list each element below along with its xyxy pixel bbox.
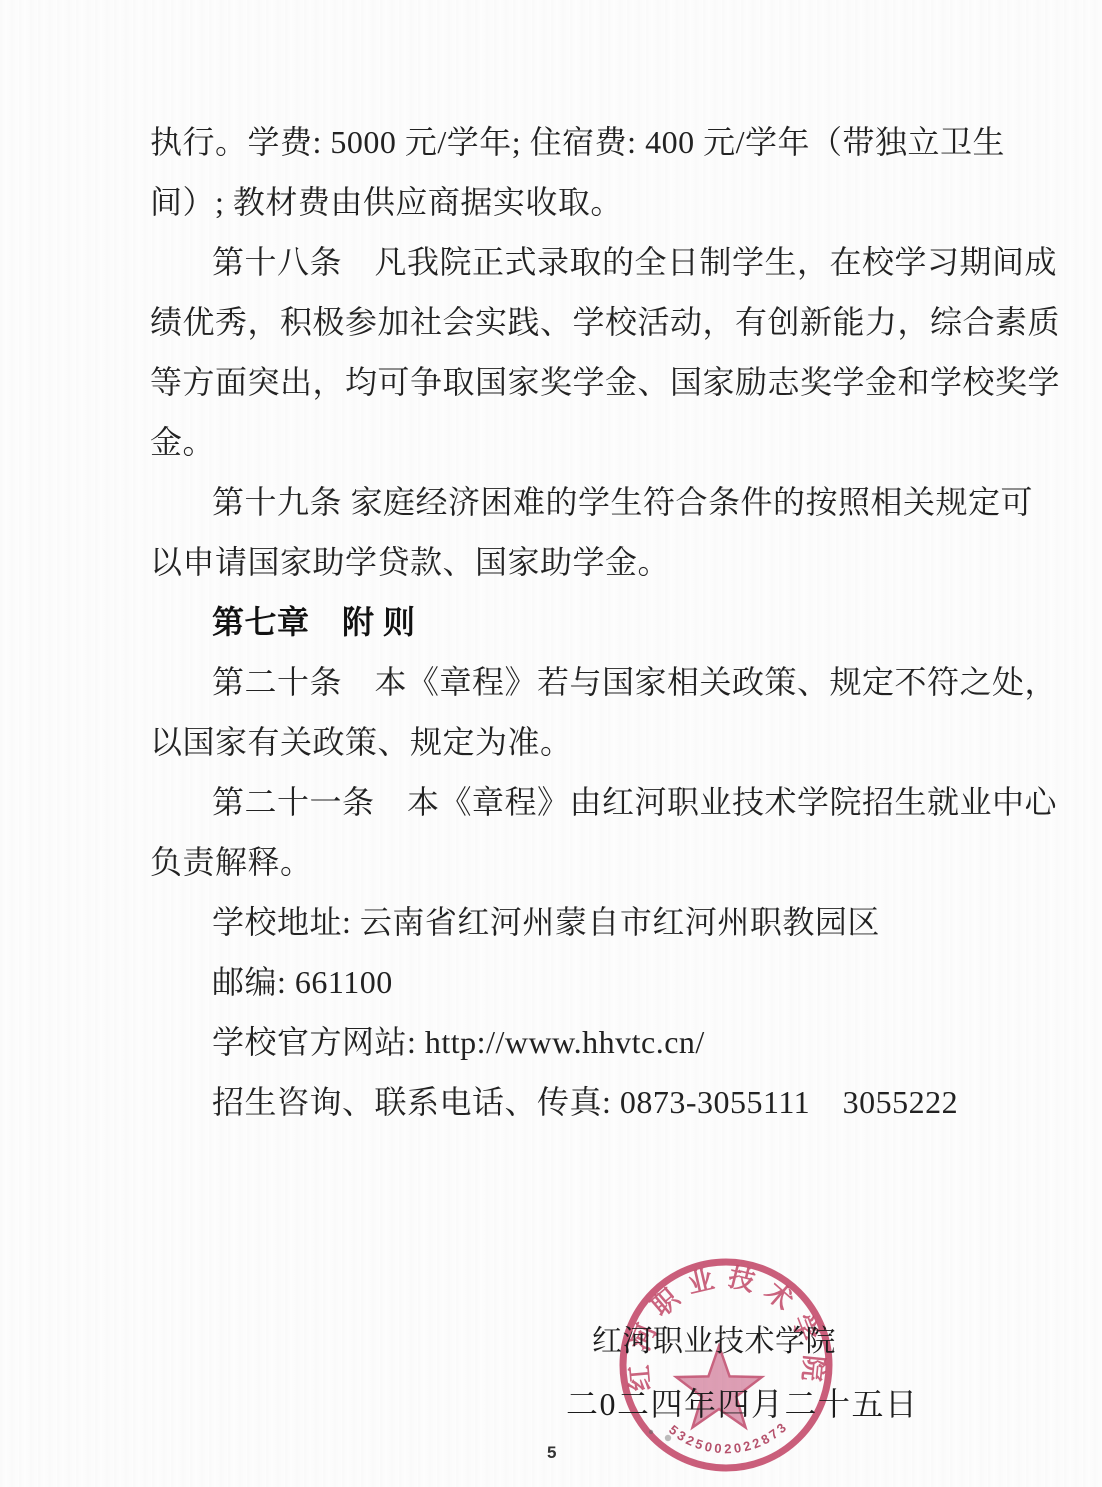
document-page: 执行。学费: 5000 元/学年; 住宿费: 400 元/学年（带独立卫生 间）…	[0, 0, 1102, 1487]
website-line: 学校官方网站: http://www.hhvtc.cn/	[150, 1012, 980, 1072]
official-seal-stamp-icon: 红河职业技术学院 5325002022873	[616, 1252, 836, 1480]
body-line: 第二十一条 本《章程》由红河职业技术学院招生就业中心	[150, 772, 980, 832]
body-line: 以申请国家助学贷款、国家助学金。	[150, 532, 980, 592]
signature-org-name: 红河职业技术学院	[592, 1316, 836, 1360]
postal-code-line: 邮编: 661100	[150, 952, 980, 1012]
body-line: 等方面突出，均可争取国家奖学金、国家励志奖学金和学校奖学	[150, 352, 980, 412]
body-line: 以国家有关政策、规定为准。	[150, 712, 980, 772]
signature-date: 二0二四年四月二十五日	[566, 1379, 919, 1425]
body-line: 第二十条 本《章程》若与国家相关政策、规定不符之处，	[150, 652, 980, 712]
body-line: 执行。学费: 5000 元/学年; 住宿费: 400 元/学年（带独立卫生	[150, 112, 980, 172]
body-line: 金。	[150, 412, 980, 472]
body-text: 执行。学费: 5000 元/学年; 住宿费: 400 元/学年（带独立卫生 间）…	[150, 112, 980, 1132]
ink-smudge	[649, 1430, 653, 1434]
page-number: 5	[547, 1443, 556, 1463]
chapter-heading: 第七章 附 则	[150, 592, 980, 652]
body-line: 第十八条 凡我院正式录取的全日制学生，在校学习期间成	[150, 232, 980, 292]
ink-smudge	[665, 1435, 671, 1441]
body-line: 间）; 教材费由供应商据实收取。	[150, 172, 980, 232]
body-line: 绩优秀，积极参加社会实践、学校活动，有创新能力，综合素质	[150, 292, 980, 352]
school-address-line: 学校地址: 云南省红河州蒙自市红河州职教园区	[150, 892, 980, 952]
phone-line: 招生咨询、联系电话、传真: 0873-3055111 3055222	[150, 1072, 980, 1132]
body-line: 负责解释。	[150, 832, 980, 892]
body-line: 第十九条 家庭经济困难的学生符合条件的按照相关规定可	[150, 472, 980, 532]
